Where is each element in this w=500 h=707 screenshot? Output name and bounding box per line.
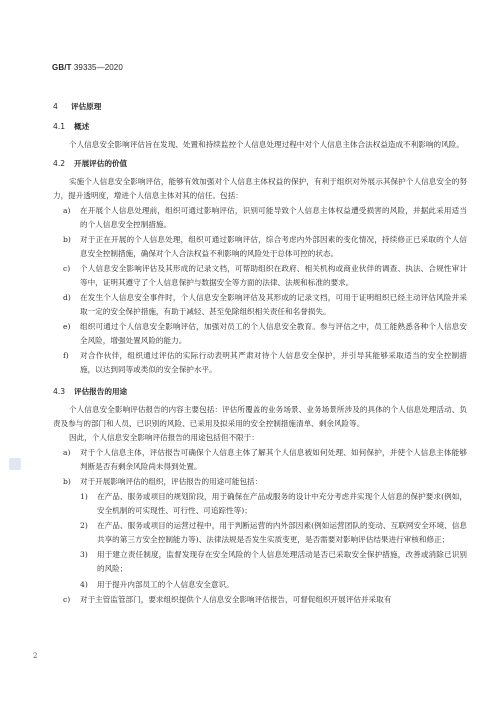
side-bookmark-icon[interactable]	[9, 458, 21, 470]
page-number: 2	[33, 652, 37, 660]
standard-number: 39335—2020	[74, 63, 123, 72]
sub-list-item-2: 2)在产品、服务或项目的运营过程中，用于判断运营的内外部因素(例如运营团队的变动…	[80, 519, 467, 547]
list-item-b: b)对于开展影响评估的组织，评估报告的用途可能包括：	[63, 475, 467, 489]
document-body: 4评估原理 4.1概述 个人信息安全影响评估旨在发现、处置和持续监控个人信息处理…	[53, 100, 467, 607]
section-4-2-heading: 4.2开展评估的价值	[53, 158, 467, 170]
standard-prefix: GB/T	[52, 63, 72, 72]
list-item-d: d)在发生个人信息安全事件时，个人信息安全影响评估及其形成的记录文档，可用于证明…	[63, 291, 467, 319]
list-item-c: c)对于主管监管部门，要求组织提供个人信息安全影响评估报告，可督促组织开展评估并…	[63, 593, 467, 607]
list-item-a: a)在开展个人信息处理前，组织可通过影响评估，识别可能导致个人信息主体权益遭受损…	[63, 204, 467, 232]
section-4-2-paragraph: 实施个人信息安全影响评估，能够有效加强对个人信息主体权益的保护，有利于组织对外展…	[53, 175, 467, 203]
section-4-heading: 4评估原理	[53, 100, 467, 114]
list-item-e: e)组织可通过个人信息安全影响评估，加强对员工的个人信息安全教育。参与评估之中，…	[63, 320, 467, 348]
list-item-f: f)对合作伙伴，组织通过评估的实际行动表明其严肃对待个人信息安全保护，并引导其能…	[63, 349, 467, 377]
sub-list-item-4: 4)用于提升内部员工的个人信息安全意识。	[80, 578, 467, 592]
section-4-1-paragraph: 个人信息安全影响评估旨在发现、处置和持续监控个人信息处理过程中对个人信息主体合法…	[53, 138, 467, 152]
sub-list-item-1: 1)在产品、服务或项目的规划阶段，用于确保在产品或服务的设计中充分考虑并实现个人…	[80, 490, 467, 518]
section-4-1-heading: 4.1概述	[53, 121, 467, 133]
sub-list-item-3: 3)用于建立责任制度，监督发现存在安全风险的个人信息处理活动是否已采取安全保护措…	[80, 548, 467, 576]
list-item-a: a)对于个人信息主体，评估报告可确保个人信息主体了解其个人信息被如何处理、如何保…	[63, 446, 467, 474]
section-4-3-paragraph-1: 个人信息安全影响评估报告的内容主要包括：评估所覆盖的业务场景、业务场景所涉及的具…	[53, 403, 467, 431]
section-4-3-paragraph-2: 因此，个人信息安全影响评估报告的用途包括但不限于：	[53, 431, 467, 445]
list-item-b: b)对于正在开展的个人信息处理，组织可通过影响评估，综合考虑内外部因素的变化情况…	[63, 233, 467, 261]
list-item-c: c)个人信息安全影响评估及其形成的记录文档，可帮助组织在政府、相关机构或商业伙伴…	[63, 262, 467, 290]
standard-code: GB/T 39335—2020	[52, 63, 123, 72]
section-4-3-heading: 4.3评估报告的用途	[53, 386, 467, 398]
